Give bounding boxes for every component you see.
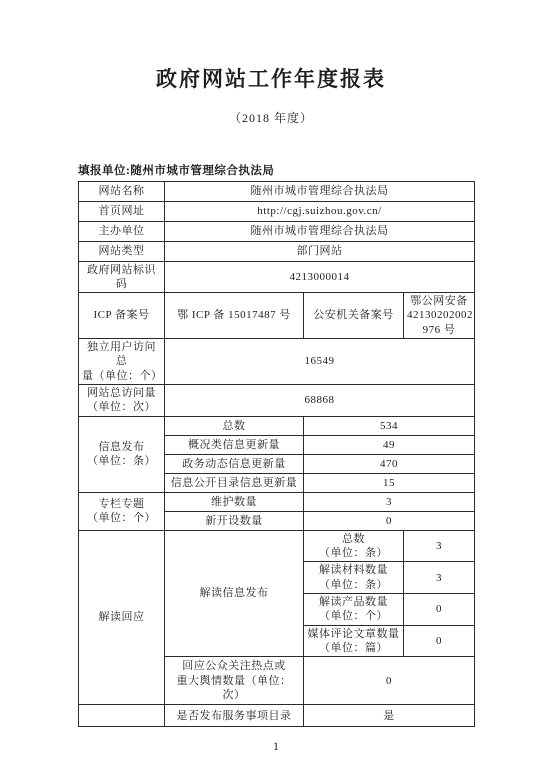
icp-label: ICP 备案号 <box>79 293 165 339</box>
info-total-label: 总数 <box>165 416 304 435</box>
interp-product-value: 0 <box>404 594 475 626</box>
table-row: 网站类型 部门网站 <box>79 241 475 261</box>
total-visits-label: 网站总访问量 （单位：次） <box>79 384 165 416</box>
interp-material-value: 3 <box>404 562 475 594</box>
site-type-value: 部门网站 <box>165 241 475 261</box>
info-dynamic-label: 政务动态信息更新量 <box>165 454 304 473</box>
maintained-count-value: 3 <box>304 492 475 511</box>
total-visits-value: 68868 <box>165 384 475 416</box>
table-row: 是否发布服务事项目录 是 <box>79 705 475 727</box>
reporting-unit: 填报单位:随州市城市管理综合执法局 <box>78 162 542 178</box>
security-filing-value: 鄂公网安备 42130202002 976 号 <box>404 293 475 339</box>
interp-product-label: 解读产品数量 （单位：个） <box>304 594 404 626</box>
info-total-value: 534 <box>304 416 475 435</box>
icp-value: 鄂 ICP 备 15017487 号 <box>165 293 304 339</box>
media-comment-value: 0 <box>404 625 475 657</box>
unique-visitors-value: 16549 <box>165 338 475 384</box>
organizer-value: 随州市城市管理综合执法局 <box>165 221 475 241</box>
interpretation-publish-label: 解读信息发布 <box>165 530 304 656</box>
interp-total-label: 总数 （单位：条） <box>304 530 404 562</box>
site-code-value: 4213000014 <box>165 261 475 293</box>
doc-title: 政府网站工作年度报表 <box>0 0 542 96</box>
security-filing-label: 公安机关备案号 <box>304 293 404 339</box>
document-page: 政府网站工作年度报表 （2018 年度） 填报单位:随州市城市管理综合执法局 网… <box>0 0 542 767</box>
table-row: ICP 备案号 鄂 ICP 备 15017487 号 公安机关备案号 鄂公网安备… <box>79 293 475 339</box>
new-count-value: 0 <box>304 511 475 530</box>
table-row: 网站名称 随州市城市管理综合执法局 <box>79 181 475 201</box>
home-url-label: 首页网址 <box>79 201 165 221</box>
special-columns-group-label: 专栏专题 （单位：个） <box>79 492 165 530</box>
service-directory-value: 是 <box>304 705 475 727</box>
table-row: 解读回应 解读信息发布 总数 （单位：条） 3 <box>79 530 475 562</box>
table-row: 首页网址 http://cgj.suizhou.gov.cn/ <box>79 201 475 221</box>
table-row: 专栏专题 （单位：个） 维护数量 3 <box>79 492 475 511</box>
home-url-value: http://cgj.suizhou.gov.cn/ <box>165 201 475 221</box>
interp-material-label: 解读材料数量 （单位：条） <box>304 562 404 594</box>
info-overview-value: 49 <box>304 435 475 454</box>
table-row: 网站总访问量 （单位：次） 68868 <box>79 384 475 416</box>
site-name-value: 随州市城市管理综合执法局 <box>165 181 475 201</box>
info-publish-group-label: 信息发布 （单位：条） <box>79 416 165 492</box>
site-name-label: 网站名称 <box>79 181 165 201</box>
site-code-label: 政府网站标识码 <box>79 261 165 293</box>
site-type-label: 网站类型 <box>79 241 165 261</box>
table-row: 政府网站标识码 4213000014 <box>79 261 475 293</box>
info-overview-label: 概况类信息更新量 <box>165 435 304 454</box>
empty-cell <box>79 705 165 727</box>
page-number: 1 <box>78 739 474 754</box>
response-hotspot-value: 0 <box>304 657 475 705</box>
interp-total-value: 3 <box>404 530 475 562</box>
interpretation-group-label: 解读回应 <box>79 530 165 704</box>
new-count-label: 新开设数量 <box>165 511 304 530</box>
unique-visitors-label: 独立用户访问总 量（单位：个） <box>79 338 165 384</box>
maintained-count-label: 维护数量 <box>165 492 304 511</box>
table-row: 信息发布 （单位：条） 总数 534 <box>79 416 475 435</box>
response-hotspot-label: 回应公众关注热点或 重大舆情数量（单位： 次） <box>165 657 304 705</box>
service-directory-label: 是否发布服务事项目录 <box>165 705 304 727</box>
info-dynamic-value: 470 <box>304 454 475 473</box>
table-row: 独立用户访问总 量（单位：个） 16549 <box>79 338 475 384</box>
organizer-label: 主办单位 <box>79 221 165 241</box>
media-comment-label: 媒体评论文章数量 （单位：篇） <box>304 625 404 657</box>
annual-report-table: 网站名称 随州市城市管理综合执法局 首页网址 http://cgj.suizho… <box>78 181 475 728</box>
info-directory-label: 信息公开目录信息更新量 <box>165 473 304 492</box>
doc-subtitle: （2018 年度） <box>0 109 542 126</box>
table-row: 主办单位 随州市城市管理综合执法局 <box>79 221 475 241</box>
info-directory-value: 15 <box>304 473 475 492</box>
